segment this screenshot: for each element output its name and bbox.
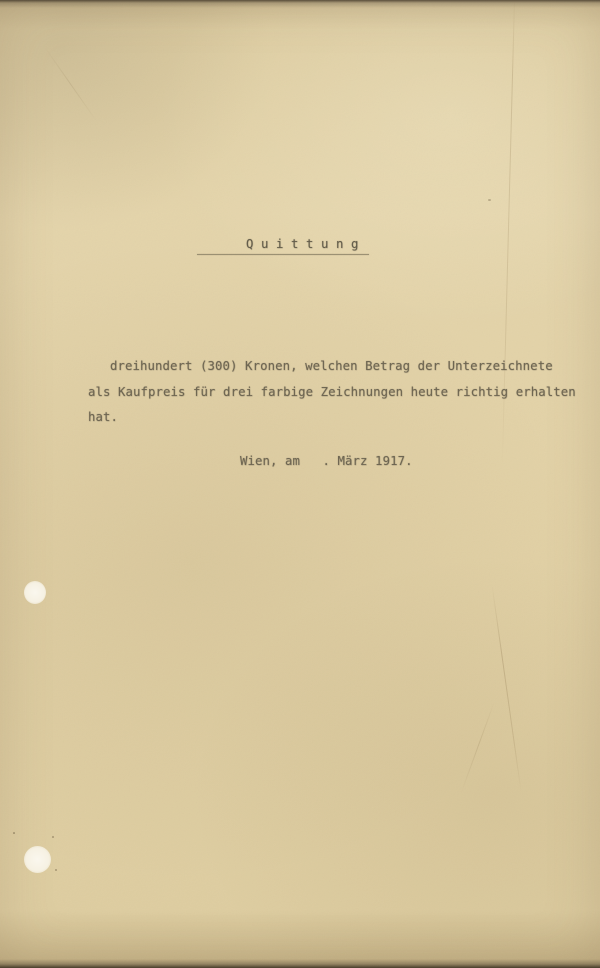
paper-crease-right-lower bbox=[491, 583, 521, 793]
paper-bottom-edge-shadow bbox=[0, 959, 600, 968]
receipt-body-line: als Kaufpreis für drei farbige Zeichnung… bbox=[88, 386, 576, 399]
receipt-dateline: Wien, am . März 1917. bbox=[240, 455, 413, 468]
punch-hole-top bbox=[24, 581, 46, 604]
punch-hole-bottom bbox=[24, 846, 51, 873]
paper-crease-top-left bbox=[44, 46, 98, 122]
paper-texture bbox=[0, 0, 600, 968]
receipt-body-line: hat. bbox=[88, 411, 118, 424]
ink-speck bbox=[52, 836, 54, 838]
ink-speck bbox=[13, 832, 15, 834]
ink-speck bbox=[55, 869, 57, 871]
title-underline bbox=[197, 254, 369, 255]
receipt-paper-sheet: Q u i t t u n g dreihundert (300) Kronen… bbox=[0, 0, 600, 968]
receipt-body-line: dreihundert (300) Kronen, welchen Betrag… bbox=[110, 360, 553, 373]
paper-crease-right-branch bbox=[460, 701, 495, 795]
ink-speck bbox=[488, 199, 491, 201]
paper-top-edge-shadow bbox=[0, 0, 600, 8]
receipt-title: Q u i t t u n g bbox=[246, 238, 359, 251]
